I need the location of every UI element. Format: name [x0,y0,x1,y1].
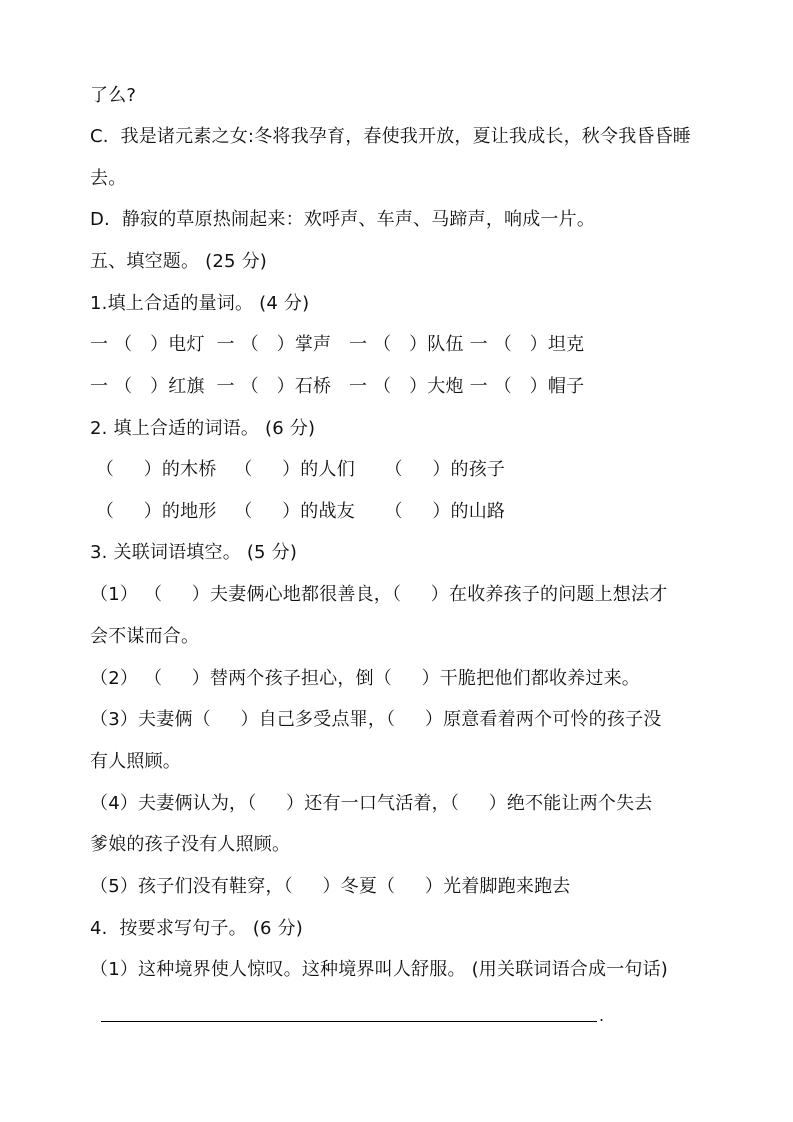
option-d: D. 静寂的草原热闹起来：欢呼声、车声、马蹄声，响成一片。 [90,208,595,232]
answer-blank-line [101,1021,597,1022]
question-3-item-4-line-2: 爹娘的孩子没有人照顾。 [90,833,290,857]
question-3-item-2: （2） （ ）替两个孩子担心，倒（ ）干脆把他们都收养过来。 [90,667,640,691]
question-1-row-1: 一 （ ）电灯 一 （ ）掌声 一 （ ）队伍 一 （ ）坦克 [90,333,584,357]
section-five-title: 五、填空题。 (25 分) [90,250,267,274]
question-1-title: 1.填上合适的量词。 (4 分) [90,292,309,316]
question-3-item-5: （5）孩子们没有鞋穿，（ ）冬夏（ ）光着脚跑来跑去 [90,875,570,899]
question-3-title: 3. 关联词语填空。 (5 分) [90,541,297,565]
question-3-item-3-line-1: （3）夫妻俩（ ）自己多受点罪，（ ）原意看着两个可怜的孩子没 [90,708,661,732]
question-4-title: 4. 按要求写句子。 (6 分) [90,917,303,941]
question-4-item-1: （1）这种境界使人惊叹。这种境界叫人舒服。 (用关联词语合成一句话) [90,958,668,982]
option-c-line-2: 去。 [90,167,126,191]
question-2-row-2: （ ）的地形 （ ）的战友 （ ）的山路 [90,500,505,524]
answer-end-mark: . [599,1006,604,1025]
option-c-line-1: C. 我是诸元素之女:冬将我孕育，春使我开放，夏让我成长，秋令我昏昏睡 [90,125,691,149]
question-2-row-1: （ ）的木桥 （ ）的人们 （ ）的孩子 [90,458,505,482]
question-1-row-2: 一 （ ）红旗 一 （ ）石桥 一 （ ）大炮 一 （ ）帽子 [90,375,584,399]
question-3-item-3-line-2: 有人照顾。 [90,750,181,774]
previous-question-tail: 了么? [90,84,136,108]
question-3-item-1-line-2: 会不谋而合。 [90,625,199,649]
question-3-item-1-line-1: （1） （ ）夫妻俩心地都很善良，（ ）在收养孩子的问题上想法才 [90,583,667,607]
question-3-item-4-line-1: （4）夫妻俩认为，（ ）还有一口气活着，（ ）绝不能让两个失去 [90,792,652,816]
question-2-title: 2. 填上合适的词语。 (6 分) [90,417,315,441]
